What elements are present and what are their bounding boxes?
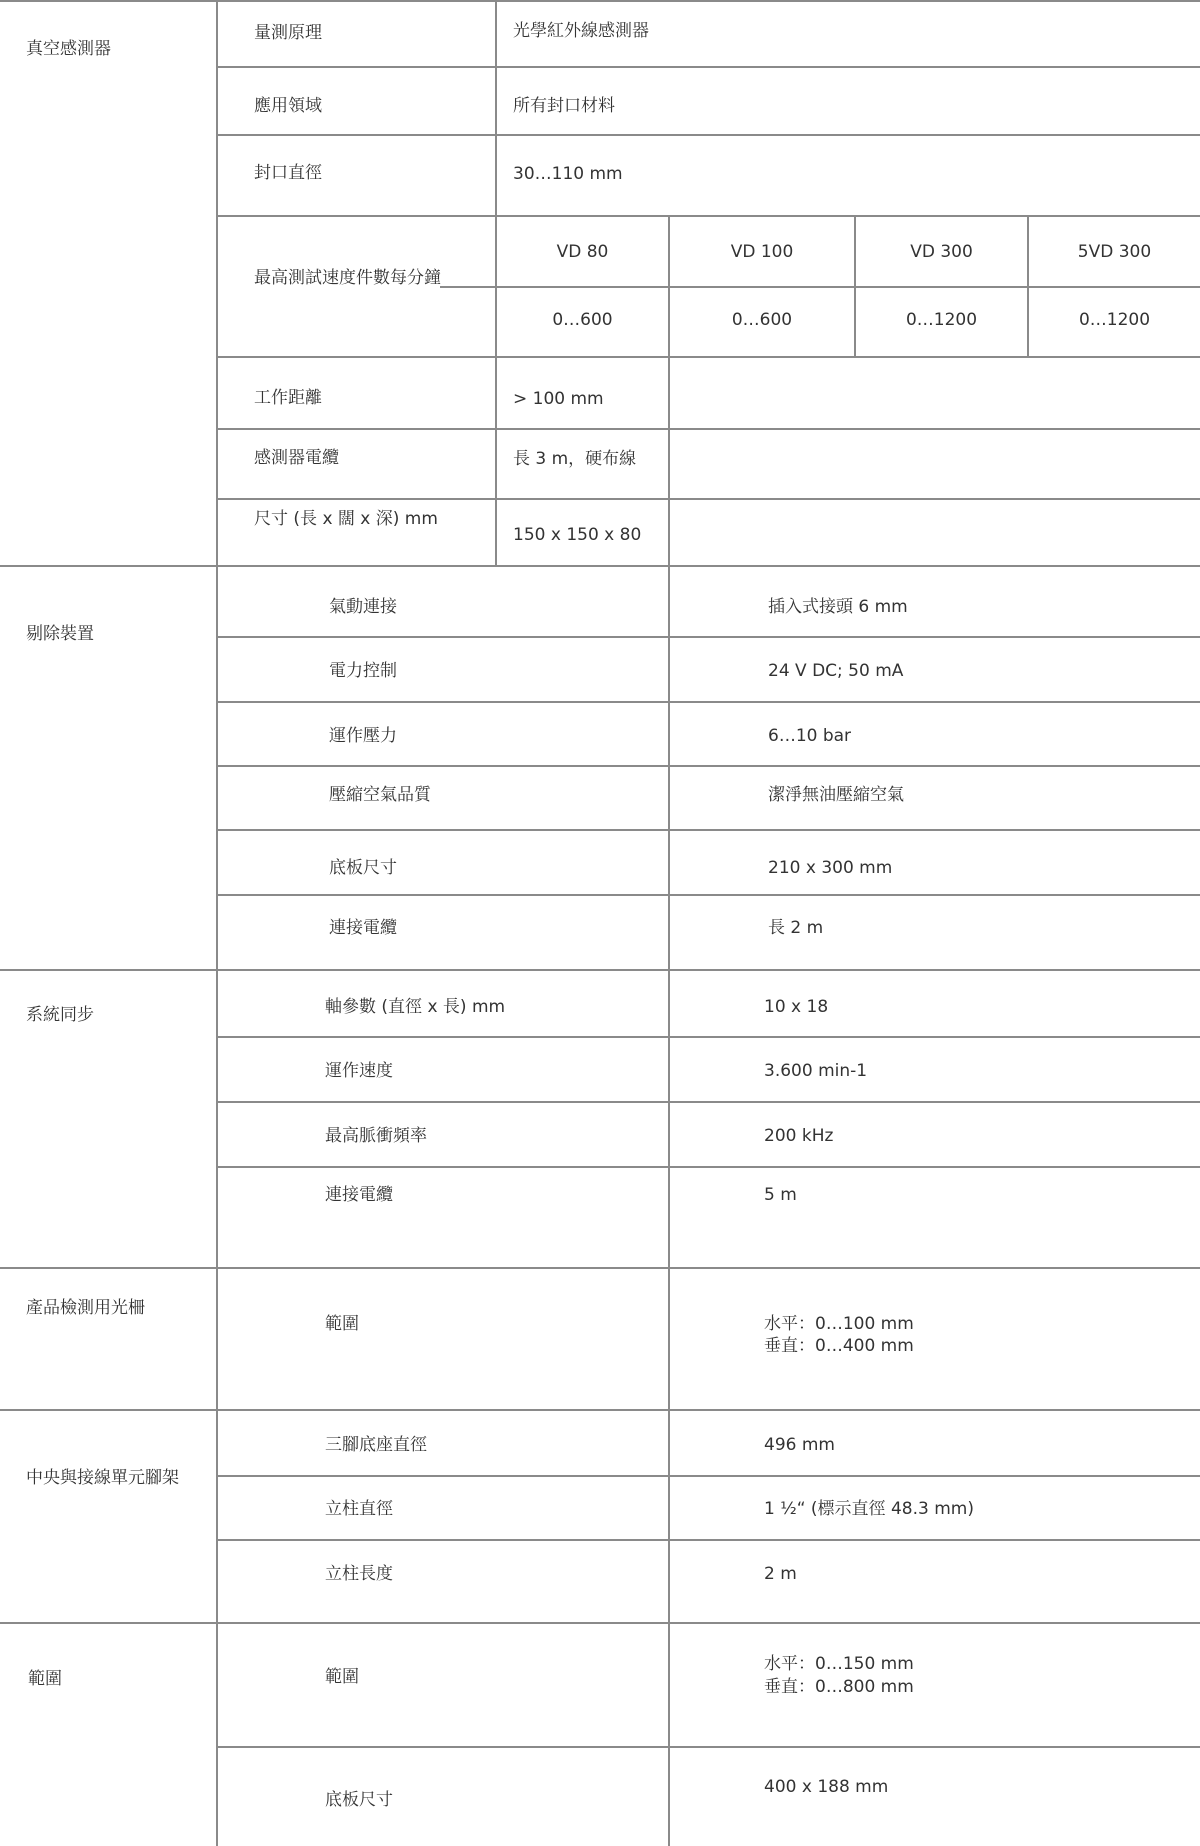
spec-label: 量測原理	[254, 22, 322, 44]
spec-value: > 100 mm	[513, 388, 604, 410]
section-title: 剔除裝置	[26, 623, 94, 645]
spec-value: 210 x 300 mm	[768, 857, 892, 879]
divider	[217, 215, 1200, 217]
model-header: VD 300	[856, 241, 1027, 263]
model-header: VD 80	[497, 241, 668, 263]
divider	[217, 1166, 1200, 1168]
spec-label: 應用領域	[254, 95, 322, 117]
section-divider	[0, 1267, 1200, 1269]
spec-value-horizontal: 水平：0…150 mm	[764, 1653, 914, 1675]
divider	[217, 356, 1200, 358]
section-divider	[0, 565, 1200, 567]
spec-value: 3.600 min-1	[764, 1060, 867, 1082]
divider	[217, 1539, 1200, 1541]
spec-label: 電力控制	[329, 660, 397, 682]
spec-value-vertical: 垂直：0…800 mm	[764, 1676, 914, 1698]
spec-value: 2 m	[764, 1563, 797, 1585]
spec-label: 軸參數 (直徑 x 長) mm	[325, 996, 505, 1018]
divider	[440, 286, 1200, 288]
spec-value: 長 3 m，硬布線	[513, 448, 636, 470]
spec-label: 尺寸 (長 x 闊 x 深) mm	[254, 508, 438, 530]
model-speed: 0…600	[497, 309, 668, 331]
divider	[217, 701, 1200, 703]
spec-label: 運作速度	[325, 1060, 393, 1082]
section-divider	[0, 969, 1200, 971]
model-speed: 0…1200	[1029, 309, 1200, 331]
spec-label: 底板尺寸	[329, 857, 397, 879]
divider	[495, 0, 497, 566]
section-title: 系統同步	[26, 1004, 94, 1026]
divider	[217, 66, 1200, 68]
spec-value: 6…10 bar	[768, 725, 851, 747]
spec-label: 運作壓力	[329, 725, 397, 747]
divider	[217, 1475, 1200, 1477]
spec-label: 氣動連接	[329, 596, 397, 618]
spec-value: 400 x 188 mm	[764, 1776, 888, 1798]
section-title: 真空感測器	[26, 38, 111, 60]
spec-label: 連接電纜	[329, 917, 397, 939]
spec-label: 底板尺寸	[325, 1789, 393, 1811]
spec-value: 光學紅外線感測器	[513, 20, 649, 42]
spec-label: 三腳底座直徑	[325, 1434, 427, 1456]
divider	[217, 1036, 1200, 1038]
spec-value: 200 kHz	[764, 1125, 833, 1147]
divider	[217, 765, 1200, 767]
spec-label: 範圍	[325, 1666, 359, 1688]
divider	[217, 1101, 1200, 1103]
model-header: VD 100	[670, 241, 854, 263]
model-header: 5VD 300	[1029, 241, 1200, 263]
spec-value: 10 x 18	[764, 996, 828, 1018]
divider	[0, 0, 1200, 2]
spec-label: 最高脈衝頻率	[325, 1125, 427, 1147]
spec-value: 插入式接頭 6 mm	[768, 596, 908, 618]
spec-value: 30…110 mm	[513, 163, 623, 185]
section-divider	[0, 1622, 1200, 1624]
section-title: 中央與接線單元腳架	[26, 1467, 179, 1489]
spec-label: 感測器電纜	[254, 447, 339, 469]
spec-label: 立柱直徑	[325, 1498, 393, 1520]
spec-label: 工作距離	[254, 387, 322, 409]
spec-value: 150 x 150 x 80	[513, 524, 641, 546]
section-title: 範圍	[28, 1668, 62, 1690]
spec-label: 立柱長度	[325, 1563, 393, 1585]
spec-value: 所有封口材料	[513, 95, 615, 117]
divider	[217, 829, 1200, 831]
divider	[217, 498, 1200, 500]
divider	[668, 216, 670, 1846]
spec-label: 範圍	[325, 1313, 359, 1335]
spec-label: 最高測試速度件數每分鐘	[254, 267, 441, 289]
spec-value: 5 m	[764, 1184, 797, 1206]
model-speed: 0…1200	[856, 309, 1027, 331]
spec-label: 連接電纜	[325, 1184, 393, 1206]
spec-value: 24 V DC; 50 mA	[768, 660, 903, 682]
divider	[217, 428, 1200, 430]
spec-value: 長 2 m	[768, 917, 823, 939]
spec-value-vertical: 垂直：0…400 mm	[764, 1335, 914, 1357]
spec-value: 496 mm	[764, 1434, 835, 1456]
section-divider	[0, 1409, 1200, 1411]
spec-value-horizontal: 水平：0…100 mm	[764, 1313, 914, 1335]
spec-label: 壓縮空氣品質	[329, 784, 431, 806]
spec-value: 1 ½“ (標示直徑 48.3 mm)	[764, 1498, 974, 1520]
section-title: 產品檢測用光柵	[26, 1297, 145, 1319]
divider	[216, 0, 218, 1846]
divider	[217, 134, 1200, 136]
divider	[217, 636, 1200, 638]
spec-value: 潔淨無油壓縮空氣	[768, 784, 904, 806]
divider	[217, 1746, 1200, 1748]
spec-label: 封口直徑	[254, 162, 322, 184]
model-speed: 0…600	[670, 309, 854, 331]
divider	[217, 894, 1200, 896]
